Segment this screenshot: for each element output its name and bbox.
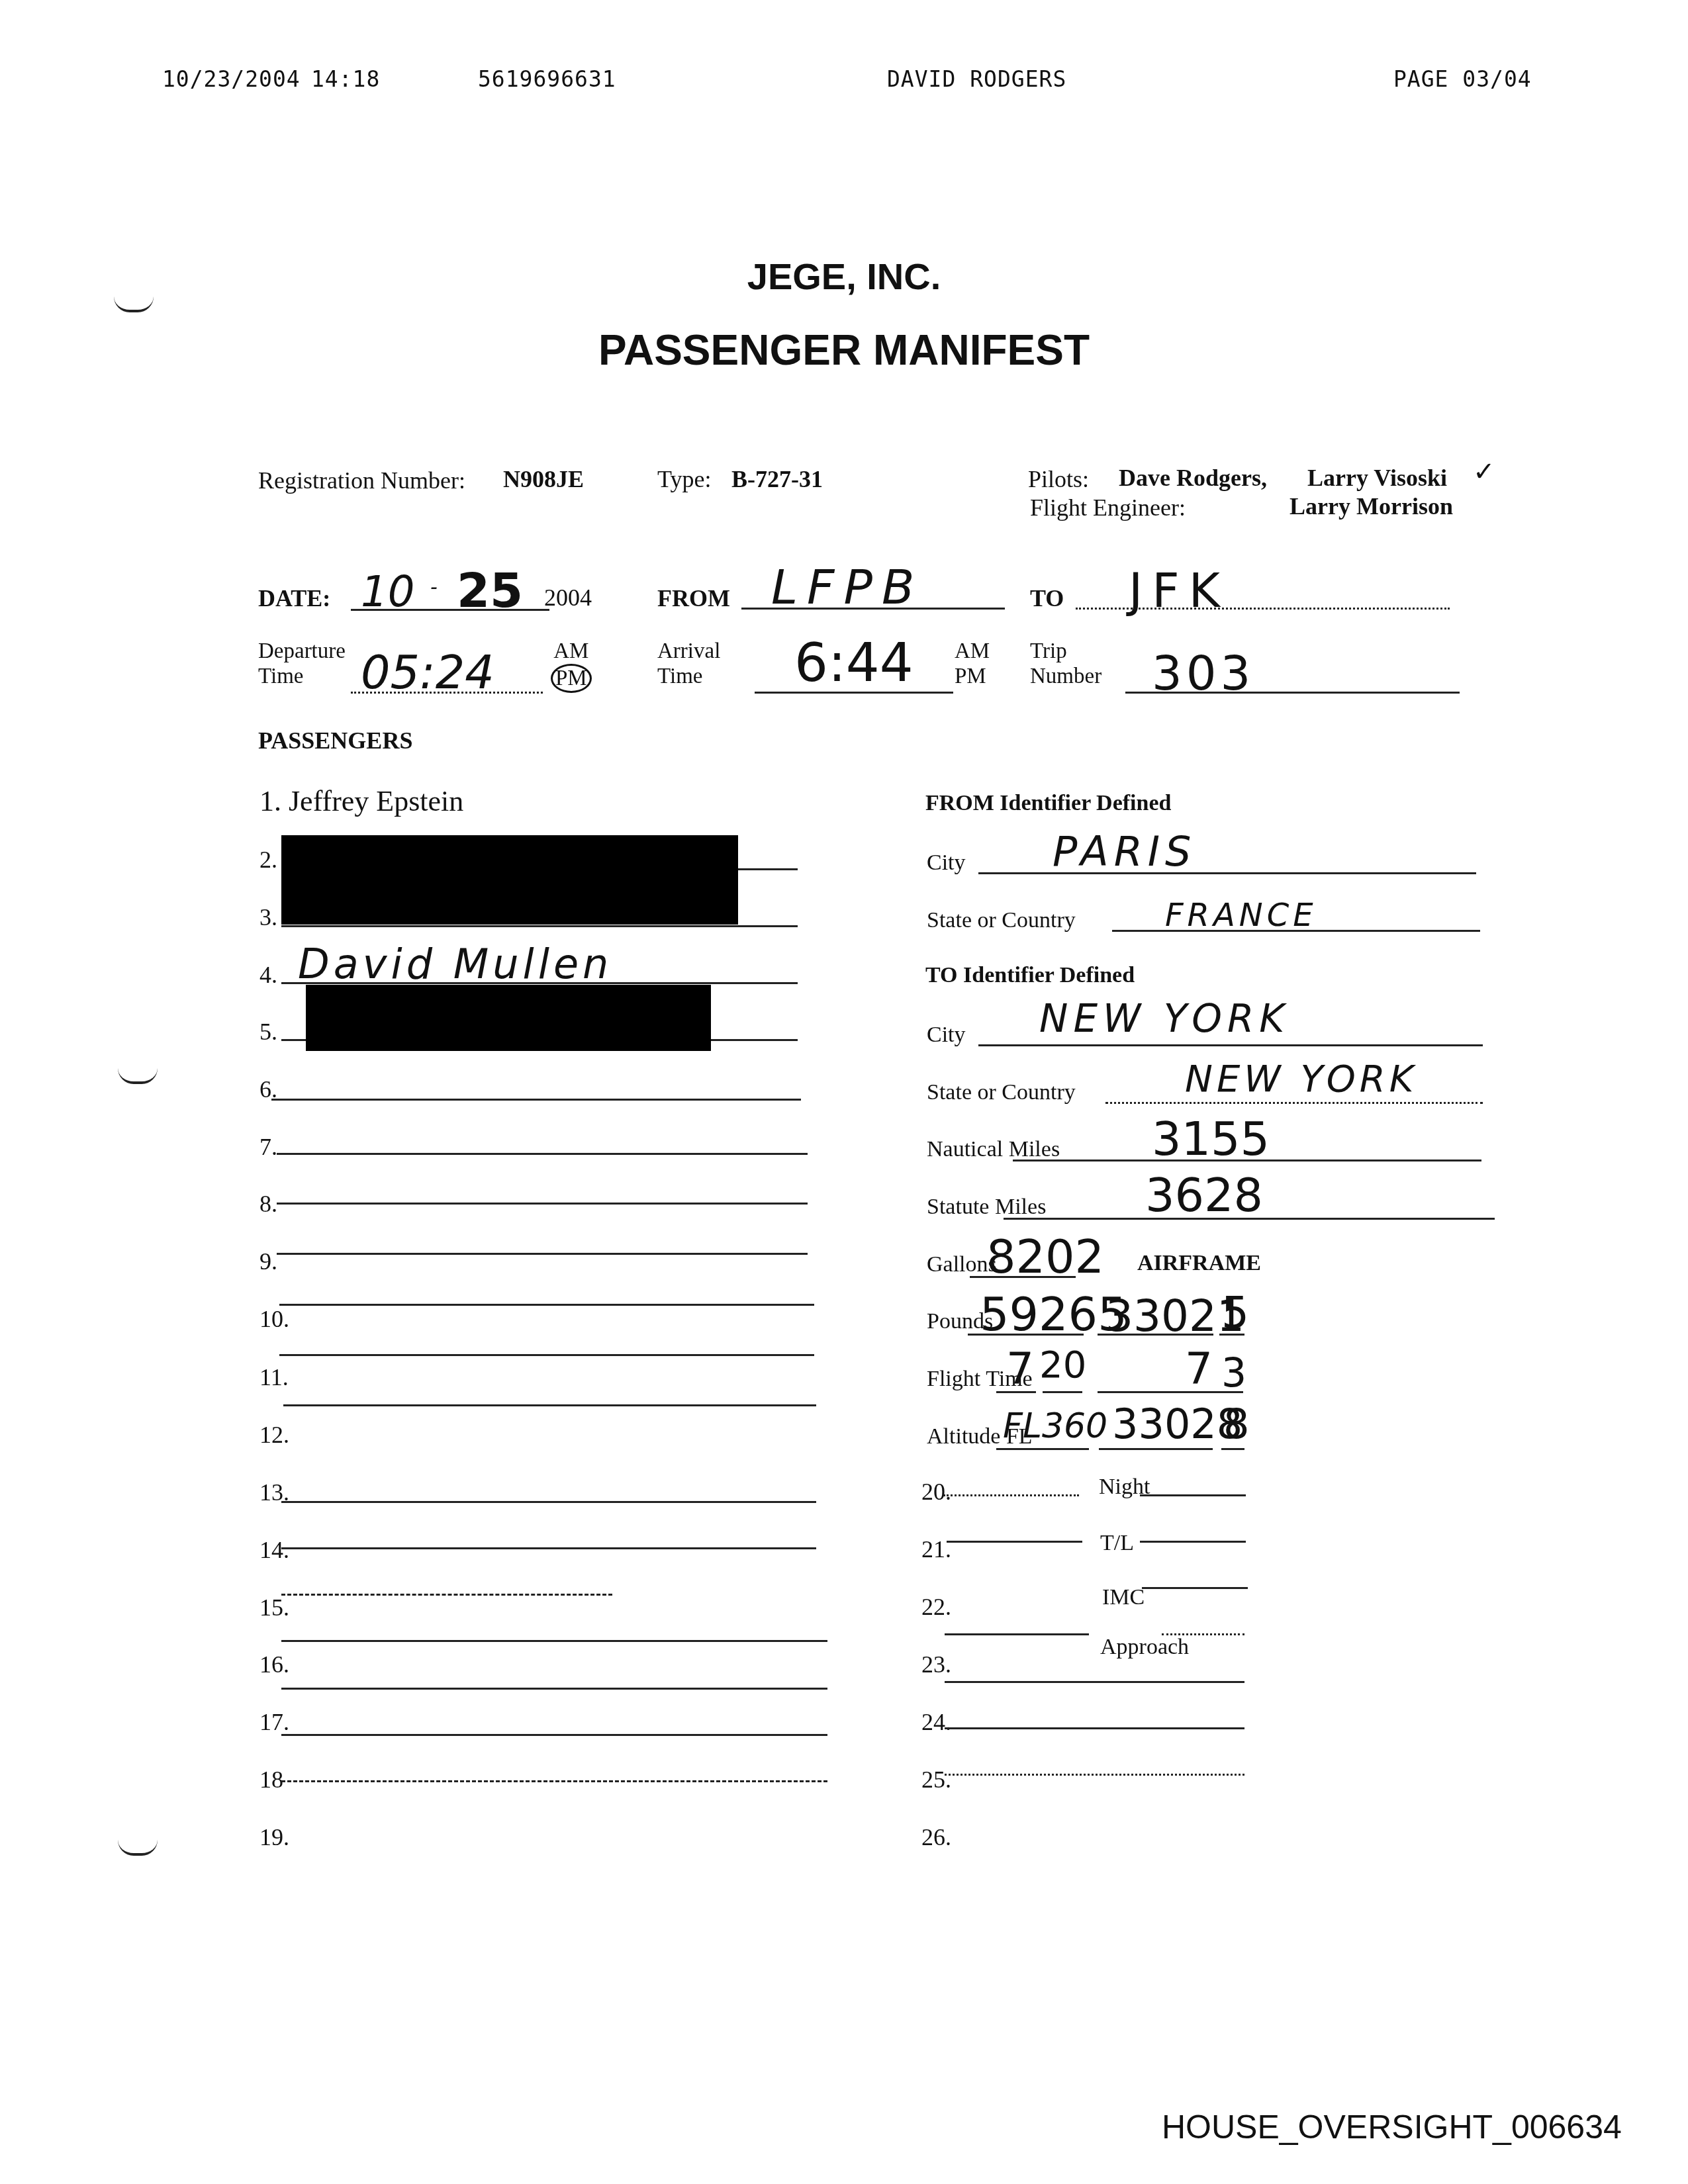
- from-city-label: City: [927, 850, 966, 876]
- scan-mark: [118, 1068, 158, 1084]
- passenger-name-handwritten: David Mullen: [298, 940, 612, 988]
- passenger-number: 5.: [259, 1018, 277, 1046]
- passenger-line: [277, 1203, 808, 1205]
- redaction-box: [281, 835, 738, 925]
- airframe-time-dec: 3: [1221, 1350, 1246, 1396]
- passenger-number: 1.: [259, 785, 281, 817]
- airframe-alt-decimal: 8: [1223, 1400, 1249, 1448]
- tl-label: T/L: [1100, 1531, 1134, 1556]
- date-day: 25: [457, 563, 523, 618]
- statute-miles-value: 3628: [1145, 1168, 1263, 1222]
- from-identifier-heading: FROM Identifier Defined: [925, 791, 1171, 816]
- approach-underline: [1162, 1633, 1244, 1635]
- arrival-am: AM: [955, 639, 990, 664]
- passenger-number: 22.: [921, 1593, 951, 1621]
- passenger-number: 19.: [259, 1823, 289, 1851]
- check-mark-icon: ✓: [1473, 457, 1495, 487]
- redaction-box: [306, 985, 711, 1051]
- to-state-label: State or Country: [927, 1080, 1076, 1105]
- arrival-pm: PM: [955, 664, 990, 689]
- nautical-miles-label: Nautical Miles: [927, 1137, 1060, 1162]
- passenger-line: [947, 1541, 1082, 1543]
- date-year: 2004: [544, 584, 592, 612]
- gallons-value: 8202: [986, 1230, 1104, 1284]
- to-city-value: NEW YORK: [1039, 996, 1289, 1041]
- passenger-number: 2.: [259, 846, 277, 874]
- from-state-label: State or Country: [927, 908, 1076, 933]
- passenger-line: [943, 1494, 1079, 1496]
- fax-page: PAGE 03/04: [1393, 66, 1532, 92]
- date-separator: -: [430, 576, 438, 599]
- airframe-label: AIRFRAME: [1137, 1251, 1261, 1276]
- arrival-label-line1: Arrival: [657, 639, 720, 664]
- passenger-name: Jeffrey Epstein: [289, 785, 463, 817]
- departure-label-line1: Departure: [258, 639, 346, 664]
- tl-underline: [1140, 1541, 1246, 1543]
- arrival-label: Arrival Time: [657, 639, 720, 689]
- passenger-number: 21.: [921, 1535, 951, 1563]
- passenger-line: [281, 1688, 827, 1690]
- statute-miles-label: Statute Miles: [927, 1195, 1046, 1220]
- from-label: FROM: [657, 584, 730, 612]
- to-city-underline: [978, 1044, 1483, 1046]
- nautical-miles-value: 3155: [1152, 1112, 1270, 1166]
- fax-time: 14:18: [311, 66, 380, 92]
- flight-time-minutes: 20: [1039, 1343, 1086, 1387]
- to-identifier-heading: TO Identifier Defined: [925, 963, 1135, 988]
- trip-label: Trip Number: [1030, 639, 1102, 689]
- passenger-line: [281, 1501, 816, 1503]
- imc-underline: [1142, 1587, 1248, 1589]
- airframe-alt-underline: [1099, 1448, 1213, 1450]
- engineer-value: Larry Morrison: [1289, 492, 1453, 520]
- pilot-2: Larry Visoski: [1307, 464, 1447, 492]
- altitude-underline: [996, 1448, 1089, 1450]
- to-city-label: City: [927, 1023, 966, 1048]
- date-label: DATE:: [258, 584, 330, 612]
- departure-pm-circled: PM: [551, 664, 592, 693]
- passenger-line: [945, 1727, 1244, 1729]
- passenger-number: 10.: [259, 1305, 289, 1333]
- date-month: 10: [361, 568, 414, 617]
- passenger-number: 24.: [921, 1708, 951, 1736]
- passenger-line: [945, 1633, 1089, 1635]
- passenger-number: 8.: [259, 1190, 277, 1218]
- passenger-number: 11.: [259, 1363, 289, 1391]
- pilot-1: Dave Rodgers,: [1119, 464, 1267, 492]
- passenger-line: [945, 1774, 1244, 1776]
- altitude-value: FL360: [1003, 1406, 1107, 1446]
- passenger-number: 25.: [921, 1766, 951, 1794]
- bates-number: HOUSE_OVERSIGHT_006634: [1162, 2108, 1622, 2146]
- passenger-line: [277, 1253, 808, 1255]
- passenger-number: 26.: [921, 1823, 951, 1851]
- passenger-number: 20.: [921, 1478, 951, 1506]
- from-value: LFPB: [771, 559, 923, 615]
- from-state-value: FRANCE: [1165, 897, 1317, 934]
- engineer-label: Flight Engineer:: [1030, 494, 1186, 522]
- trip-label-line1: Trip: [1030, 639, 1102, 664]
- to-value: JFK: [1129, 563, 1229, 618]
- arrival-label-line2: Time: [657, 664, 720, 689]
- passenger-number: 23.: [921, 1651, 951, 1678]
- type-value: B-727-31: [731, 465, 823, 493]
- scan-mark: [114, 296, 154, 312]
- approach-label: Approach: [1100, 1635, 1189, 1660]
- to-state-underline: [1105, 1102, 1483, 1104]
- company-name: JEGE, INC.: [0, 255, 1688, 298]
- passenger-number: 16.: [259, 1651, 289, 1678]
- passenger-line: [279, 1304, 814, 1306]
- passenger-number: 9.: [259, 1248, 277, 1275]
- fax-sender: DAVID RODGERS: [887, 66, 1066, 92]
- passenger-line: [271, 1099, 801, 1101]
- passenger-number: 17.: [259, 1708, 289, 1736]
- passengers-heading: PASSENGERS: [258, 727, 412, 754]
- passenger-line: [281, 1640, 827, 1642]
- from-city-value: PARIS: [1053, 827, 1196, 876]
- passenger-number: 4.: [259, 961, 277, 989]
- passenger-number: 14.: [259, 1536, 289, 1564]
- passenger-line: [281, 1547, 816, 1549]
- type-label: Type:: [657, 465, 711, 493]
- flight-time-m-underline: [1043, 1391, 1082, 1393]
- registration-label: Registration Number:: [258, 467, 465, 494]
- passenger-line: [279, 1354, 814, 1356]
- flight-time-hours: 7: [1006, 1343, 1034, 1394]
- passenger-number: 15.: [259, 1594, 289, 1621]
- fax-date: 10/23/2004: [162, 66, 301, 92]
- departure-ampm: AM PM: [551, 639, 592, 693]
- passenger-line: [283, 1404, 816, 1406]
- passenger-number: 18: [259, 1766, 283, 1794]
- departure-am: AM: [551, 639, 592, 664]
- arrival-ampm: AM PM: [955, 639, 990, 689]
- to-state-value: NEW YORK: [1185, 1058, 1417, 1101]
- airframe-pounds-decimal: 5: [1221, 1287, 1249, 1338]
- departure-label: Departure Time: [258, 639, 346, 689]
- passenger-line: [281, 925, 798, 927]
- imc-label: IMC: [1102, 1585, 1145, 1610]
- passenger-number: 3.: [259, 903, 277, 931]
- registration-value: N908JE: [503, 465, 584, 493]
- fax-phone: 5619696631: [478, 66, 616, 92]
- passenger-number: 12.: [259, 1421, 289, 1449]
- passenger-number: 7.: [259, 1133, 277, 1161]
- scan-mark: [118, 1840, 158, 1856]
- passenger-line: [281, 1734, 827, 1736]
- pilots-label: Pilots:: [1028, 465, 1089, 493]
- passenger-line: [945, 1681, 1244, 1683]
- page-title: PASSENGER MANIFEST: [0, 326, 1688, 375]
- arrival-value: 6:44: [794, 632, 914, 694]
- passenger-line: [281, 1780, 827, 1782]
- passenger-line: [281, 1594, 612, 1596]
- trip-label-line2: Number: [1030, 664, 1102, 689]
- airframe-time-int: 7: [1185, 1343, 1213, 1394]
- departure-label-line2: Time: [258, 664, 346, 689]
- airframe-alt-dec-underline: [1221, 1448, 1244, 1450]
- to-label: TO: [1030, 584, 1064, 612]
- passenger-row-1: 1. Jeffrey Epstein: [259, 784, 463, 818]
- night-underline: [1140, 1494, 1246, 1496]
- departure-value: 05:24: [361, 645, 494, 700]
- trip-value: 303: [1152, 645, 1254, 701]
- passenger-line: [277, 1153, 808, 1155]
